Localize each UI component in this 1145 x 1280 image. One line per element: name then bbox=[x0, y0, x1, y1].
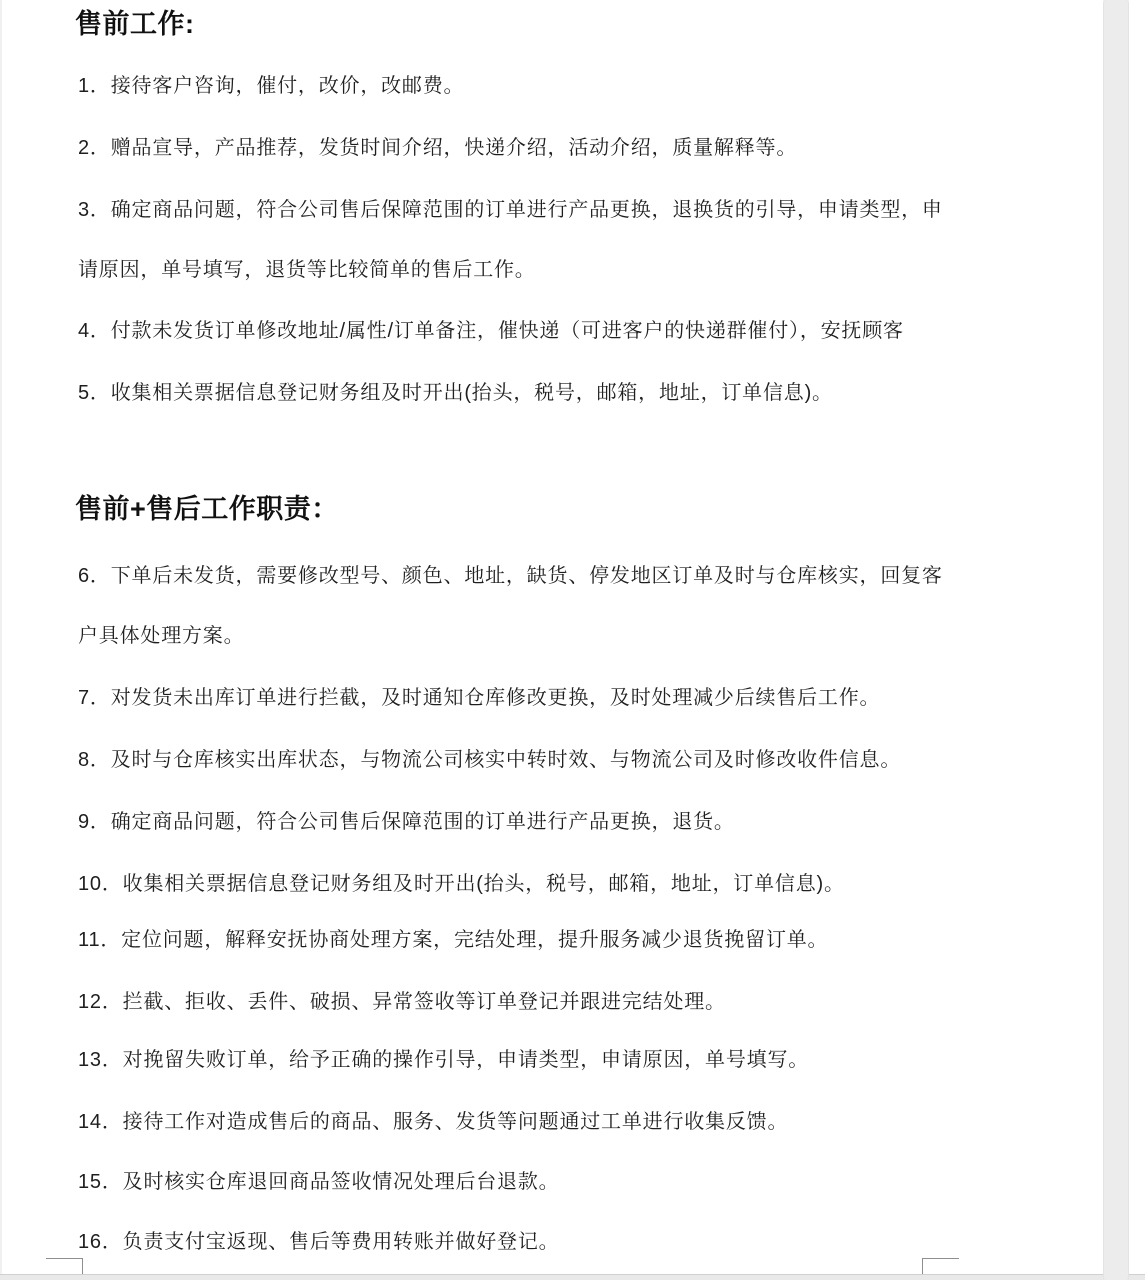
section-heading-presale: 售前工作: bbox=[75, 4, 195, 44]
list-item-6: 6．下单后未发货，需要修改型号、颜色、地址，缺货、停发地区订单及时与仓库核实，回… bbox=[78, 546, 943, 666]
list-item-12: 12．拦截、拒收、丢件、破损、异常签收等订单登记并跟进完结处理。 bbox=[78, 972, 726, 1032]
section-heading-presale-aftersale: 售前+售后工作职责： bbox=[75, 489, 339, 529]
list-item-8: 8．及时与仓库核实出库状态，与物流公司核实中转时效、与物流公司及时修改收件信息。 bbox=[78, 730, 901, 790]
list-item-2: 2．赠品宣导，产品推荐，发货时间介绍，快递介绍，活动介绍，质量解释等。 bbox=[78, 118, 797, 178]
list-item-3: 3．确定商品问题，符合公司售后保障范围的订单进行产品更换，退换货的引导，申请类型… bbox=[78, 180, 943, 300]
list-item-7: 7．对发货未出库订单进行拦截，及时通知仓库修改更换，及时处理减少后续售后工作。 bbox=[78, 668, 880, 728]
list-item-10: 10．收集相关票据信息登记财务组及时开出(抬头，税号，邮箱，地址，订单信息)。 bbox=[78, 854, 845, 914]
list-item-11: 11．定位问题，解释安抚协商处理方案，完结处理，提升服务减少退货挽留订单。 bbox=[78, 910, 828, 970]
list-item-9: 9．确定商品问题，符合公司售后保障范围的订单进行产品更换，退货。 bbox=[78, 792, 735, 852]
list-item-13: 13．对挽留失败订单，给予正确的操作引导，申请类型，申请原因，单号填写。 bbox=[78, 1030, 809, 1090]
document-page: 售前工作: 1．接待客户咨询，催付，改价，改邮费。 2．赠品宣导，产品推荐，发货… bbox=[0, 0, 1145, 1274]
list-item-16: 16．负责支付宝返现、售后等费用转账并做好登记。 bbox=[78, 1212, 559, 1272]
list-item-5: 5．收集相关票据信息登记财务组及时开出(抬头，税号，邮箱，地址，订单信息)。 bbox=[78, 363, 833, 423]
text-boundary-mark-left bbox=[46, 1258, 83, 1275]
text-boundary-mark-right bbox=[922, 1258, 959, 1275]
page-gap bbox=[0, 1274, 1145, 1280]
window-left-edge bbox=[0, 0, 2, 1280]
list-item-4: 4．付款未发货订单修改地址/属性/订单备注，催快递（可进客户的快递群催付），安抚… bbox=[78, 301, 904, 361]
vertical-scrollbar[interactable] bbox=[1103, 0, 1129, 1280]
list-item-14: 14．接待工作对造成售后的商品、服务、发货等问题通过工单进行收集反馈。 bbox=[78, 1092, 788, 1152]
document-viewport: 售前工作: 1．接待客户咨询，催付，改价，改邮费。 2．赠品宣导，产品推荐，发货… bbox=[0, 0, 1145, 1280]
list-item-15: 15．及时核实仓库退回商品签收情况处理后台退款。 bbox=[78, 1152, 559, 1212]
list-item-1: 1．接待客户咨询，催付，改价，改邮费。 bbox=[78, 56, 464, 116]
